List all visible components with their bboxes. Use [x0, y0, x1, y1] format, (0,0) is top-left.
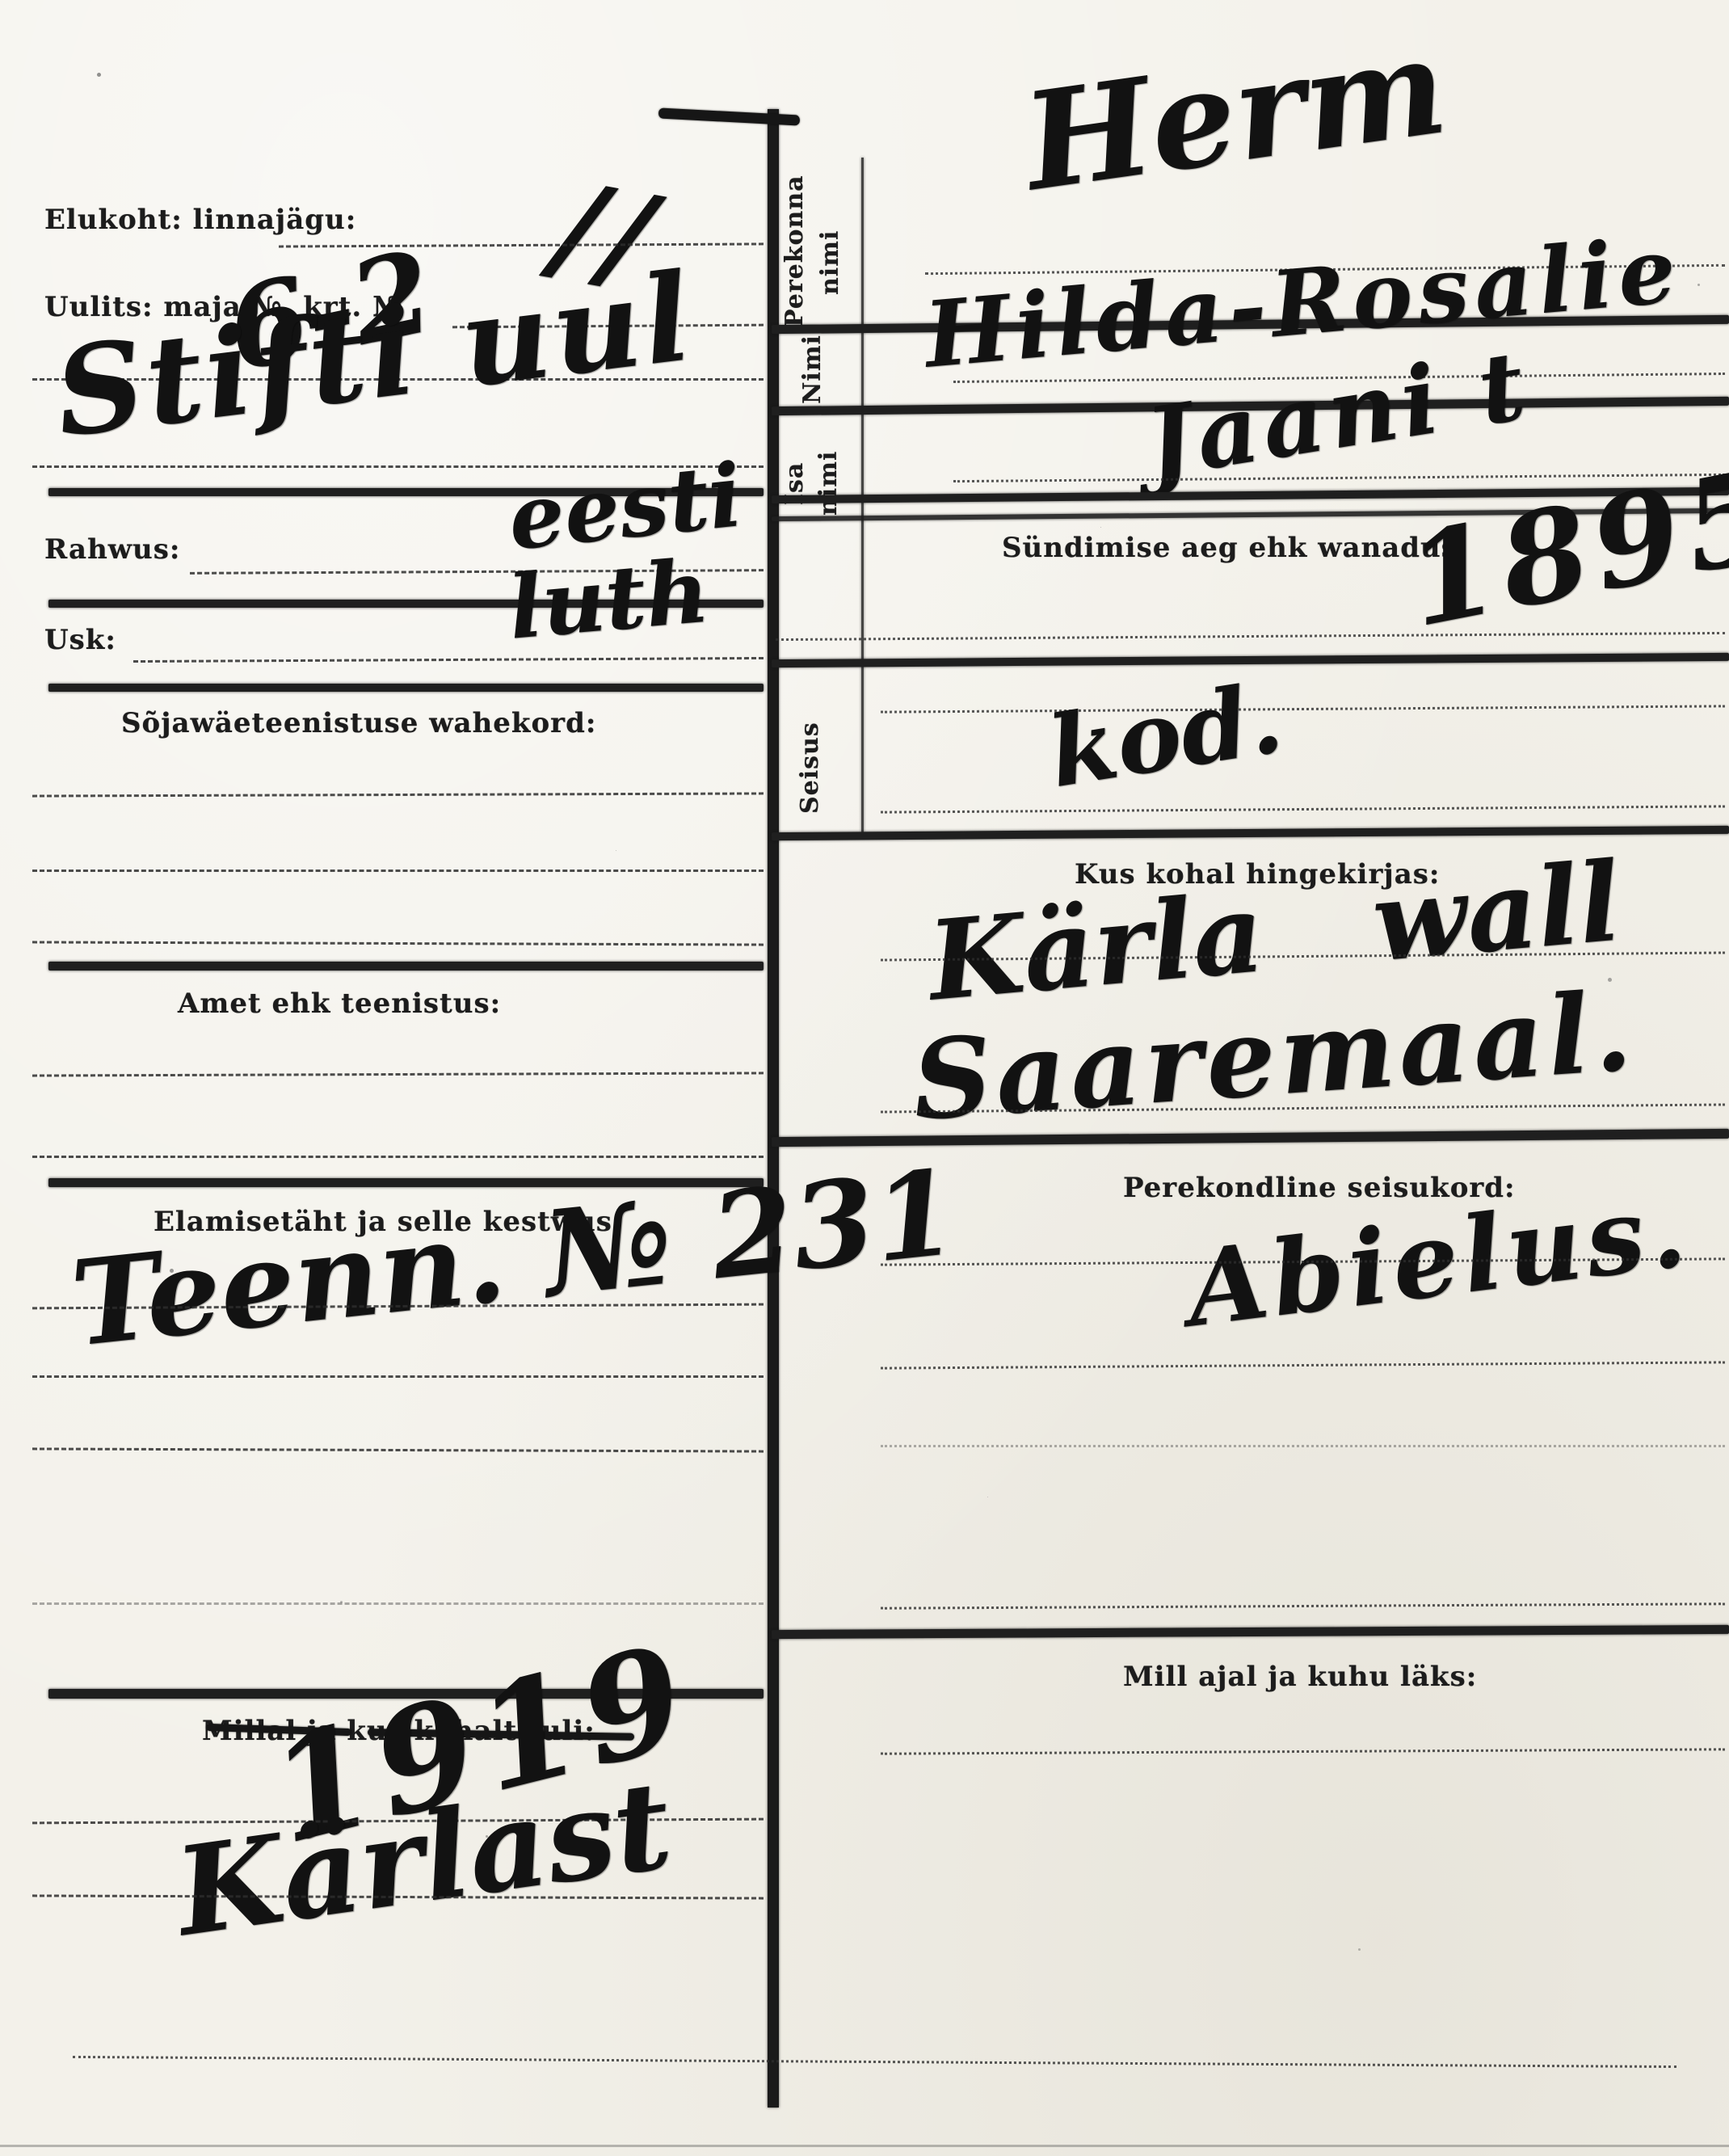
birth-fill-line — [776, 632, 1725, 641]
military-line-1 — [32, 792, 764, 797]
section-line-4 — [48, 962, 764, 971]
military-service-label: Sõjawäeteenistuse wahekord: — [121, 707, 596, 739]
family-name-label-line2: nimi — [816, 190, 844, 295]
permit-line-4 — [32, 1602, 764, 1605]
status-fill-line-1 — [881, 705, 1725, 713]
family-status-fill-line-2 — [881, 1361, 1725, 1369]
departure-section-line — [772, 1625, 1729, 1639]
permit-line-2 — [32, 1375, 764, 1378]
section-line-3 — [48, 684, 764, 692]
departure-label: Mill ajal ja kuhu läks: — [1123, 1661, 1477, 1693]
bottom-dotted-line — [73, 2056, 1676, 2068]
military-line-2 — [32, 870, 764, 872]
religion-fill-line — [133, 657, 764, 663]
birth-label: Sündimise aeg ehk wanadus: — [1002, 532, 1468, 564]
first-name-label: Nimi — [798, 327, 827, 404]
departure-fill-line — [881, 1748, 1725, 1754]
status-row-line — [772, 826, 1729, 840]
status-label: Seisus — [796, 688, 824, 814]
paper-specks — [97, 73, 101, 77]
scan-edge-line — [0, 2145, 1729, 2147]
handwritten-family-name: Herm — [1016, 6, 1455, 221]
status-fill-line-2 — [881, 805, 1725, 813]
handwritten-religion: luth — [505, 541, 713, 659]
registry-row-line — [772, 1129, 1729, 1147]
family-name-label-line1: Perekonna — [780, 158, 809, 327]
registration-card: // Elukoht: linnajägu: Uulits: maja №, k… — [0, 0, 1729, 2156]
handwritten-status: kod. — [1041, 661, 1289, 810]
family-status-fill-line-3 — [881, 1445, 1725, 1447]
religion-label: Usk: — [44, 624, 116, 656]
permit-line-3 — [32, 1447, 764, 1452]
occupation-label: Amet ehk teenistus: — [178, 987, 501, 1020]
nationality-label: Rahwus: — [44, 533, 180, 566]
residence-label: Elukoht: linnajägu: — [44, 204, 356, 236]
military-line-3 — [32, 941, 764, 945]
departure-top-dotted-line — [881, 1602, 1725, 1609]
occupation-line-2 — [32, 1156, 764, 1158]
occupation-line-1 — [32, 1072, 764, 1076]
handwritten-birth-year: 1895 — [1396, 439, 1729, 655]
